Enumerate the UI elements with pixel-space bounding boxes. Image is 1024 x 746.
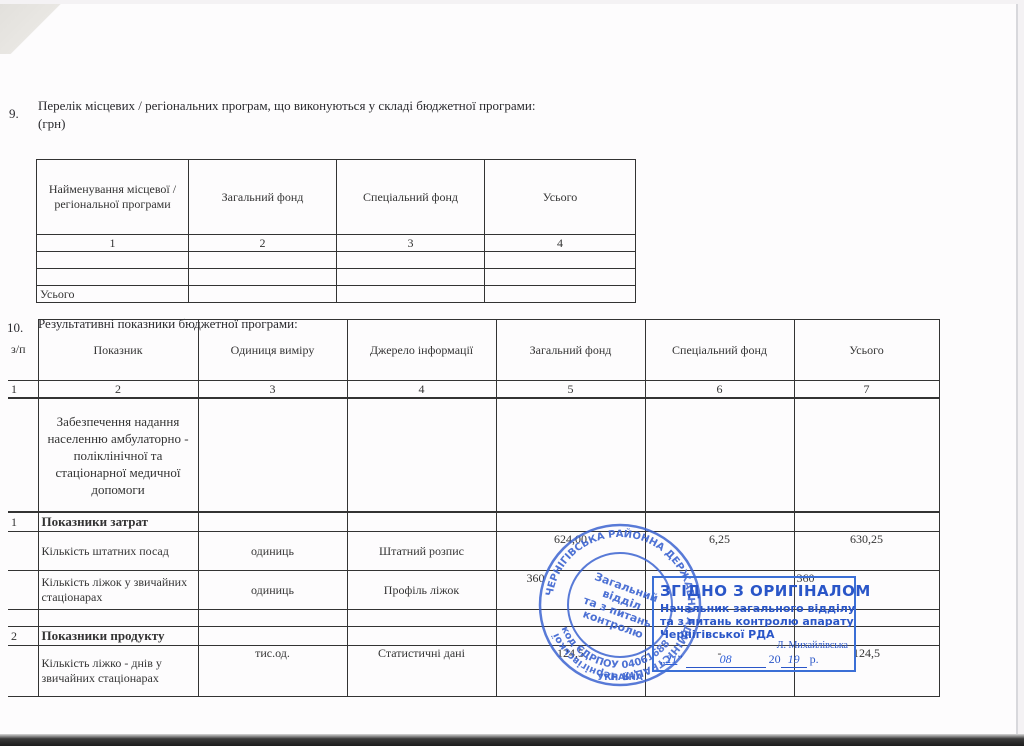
header-total: Усього [485, 160, 636, 235]
indicator-general-fund: 624,00 [496, 532, 645, 571]
cell [485, 252, 636, 269]
indicator-total: 630,25 [794, 532, 939, 571]
col-num: 7 [794, 381, 939, 399]
header-special-fund: Спеціальний фонд [645, 320, 794, 381]
col-num: 1 [8, 381, 38, 399]
col-num: 1 [37, 235, 189, 252]
performance-indicators-table: з/п Показник Одиниця виміру Джерело інфо… [8, 319, 940, 697]
cell [645, 398, 794, 512]
cell [485, 269, 636, 286]
cell [337, 269, 485, 286]
group-title: Показники продукту [38, 627, 198, 646]
col-num: 3 [198, 381, 347, 399]
total-row: Усього [37, 286, 636, 303]
indicator-source: Статистичні дані [347, 646, 496, 697]
cell [347, 398, 496, 512]
header-indicator: Показник [38, 320, 198, 381]
indicator-unit: одиниць [198, 532, 347, 571]
section-9-number: 9. [9, 106, 19, 122]
indicator-general-fund: 360 [496, 571, 645, 610]
cell [645, 627, 794, 646]
indicator-special-fund [645, 571, 794, 610]
indicator-special-fund: 6,25 [645, 532, 794, 571]
cell [347, 627, 496, 646]
col-num: 2 [38, 381, 198, 399]
column-numbers-row: 1 2 3 4 [37, 235, 636, 252]
cell [347, 512, 496, 532]
header-index: з/п [8, 320, 38, 381]
header-source: Джерело інформації [347, 320, 496, 381]
indicator-special-fund: - [645, 646, 794, 697]
cell [485, 286, 636, 303]
cell [198, 627, 347, 646]
cell [496, 627, 645, 646]
table-header-row: Найменування місцевої / регіональної про… [37, 160, 636, 235]
col-num: 4 [485, 235, 636, 252]
header-special-fund: Спеціальний фонд [337, 160, 485, 235]
cell [8, 610, 38, 627]
header-general-fund: Загальний фонд [189, 160, 337, 235]
cell [8, 646, 38, 697]
col-num: 2 [189, 235, 337, 252]
cell [189, 286, 337, 303]
document-page: 9. Перелік місцевих / регіональних прогр… [0, 4, 1018, 734]
group-title: Показники затрат [38, 512, 198, 532]
cell [794, 627, 939, 646]
cell [37, 269, 189, 286]
indicator-unit: одиниць [198, 571, 347, 610]
col-num: 4 [347, 381, 496, 399]
table-row: Кількість штатних посад одиниць Штатний … [8, 532, 939, 571]
cell [794, 398, 939, 512]
section-9-unit: (грн) [38, 116, 65, 132]
cell [347, 610, 496, 627]
spacer-row [8, 610, 939, 627]
cell [37, 252, 189, 269]
cell [8, 532, 38, 571]
cell [496, 512, 645, 532]
cell [38, 610, 198, 627]
cell [645, 512, 794, 532]
cell [645, 610, 794, 627]
table-header-row: з/п Показник Одиниця виміру Джерело інфо… [8, 320, 939, 381]
cell [198, 610, 347, 627]
local-programs-table: Найменування місцевої / регіональної про… [36, 159, 636, 303]
col-num: 6 [645, 381, 794, 399]
cell [496, 610, 645, 627]
group-index: 2 [8, 627, 38, 646]
indicator-total: 360 [794, 571, 939, 610]
task-row: Забезпечення надання населенню амбулатор… [8, 398, 939, 512]
indicator-name: Кількість ліжок у звичайних стаціонарах [38, 571, 198, 610]
task-description: Забезпечення надання населенню амбулатор… [38, 398, 198, 512]
total-label: Усього [37, 286, 189, 303]
cell [337, 252, 485, 269]
group-index: 1 [8, 512, 38, 532]
indicator-source: Штатний розпис [347, 532, 496, 571]
cell [198, 398, 347, 512]
indicator-total: 124,5 [794, 646, 939, 697]
indicator-source: Профіль ліжок [347, 571, 496, 610]
section-9-title: Перелік місцевих / регіональних програм,… [38, 98, 535, 114]
cell [496, 398, 645, 512]
indicator-general-fund: 124,5 [496, 646, 645, 697]
group-header-row: 1 Показники затрат [8, 512, 939, 532]
cell [8, 571, 38, 610]
indicator-name: Кількість ліжко - днів у звичайних стаці… [38, 646, 198, 697]
table-row [37, 252, 636, 269]
group-header-row: 2 Показники продукту [8, 627, 939, 646]
cell [189, 252, 337, 269]
cell [794, 610, 939, 627]
cell [8, 398, 38, 512]
cell [189, 269, 337, 286]
cell [337, 286, 485, 303]
header-program-name: Найменування місцевої / регіональної про… [37, 160, 189, 235]
indicator-name: Кількість штатних посад [38, 532, 198, 571]
table-row [37, 269, 636, 286]
page-corner-fold [0, 4, 70, 54]
header-unit: Одиниця виміру [198, 320, 347, 381]
column-numbers-row: 1 2 3 4 5 6 7 [8, 381, 939, 399]
cell [794, 512, 939, 532]
cell [198, 512, 347, 532]
indicator-unit: тис.од. [198, 646, 347, 697]
scanner-edge [0, 734, 1024, 746]
col-num: 5 [496, 381, 645, 399]
table-row: Кількість ліжко - днів у звичайних стаці… [8, 646, 939, 697]
table-row: Кількість ліжок у звичайних стаціонарах … [8, 571, 939, 610]
header-total: Усього [794, 320, 939, 381]
col-num: 3 [337, 235, 485, 252]
header-general-fund: Загальний фонд [496, 320, 645, 381]
